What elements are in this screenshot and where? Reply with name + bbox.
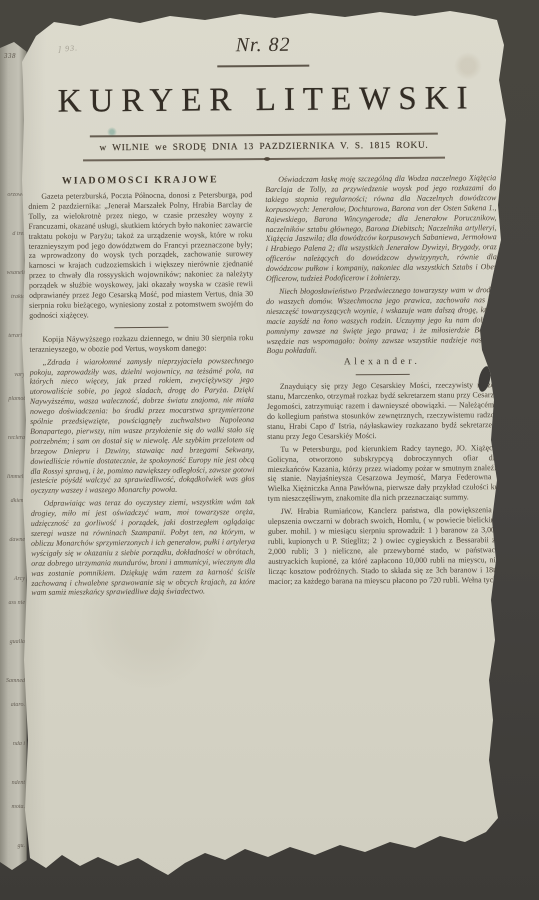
adjacent-page-fragment: wsaneli [1, 270, 25, 276]
paragraph: Tu w Petersburgu, pod kierunkiem Radcy t… [267, 443, 498, 504]
masthead-rule-bottom [83, 157, 445, 162]
section-divider-rule [114, 327, 168, 328]
adjacent-page-fragment: reclera [1, 435, 25, 441]
column-right: Oświadczam łaskę moję szczególną dla Wod… [265, 170, 501, 806]
adjacent-page-fragment: ndent [1, 780, 25, 786]
paragraph: Oświadczam łaskę moję szczególną dla Wod… [265, 173, 497, 284]
adjacent-page-fragment: gualla [1, 639, 25, 645]
scan-background: 338 orzowad treiwsanelitrakteterariavary… [0, 0, 539, 900]
adjacent-page-number: 338 [4, 52, 16, 60]
adjacent-page-fragment: d trei [1, 231, 25, 237]
adjacent-page-fragment: trakte [1, 294, 25, 300]
paragraph: Niech błogosławieństwo Przedwiecznego to… [266, 285, 498, 356]
adjacent-page-fragment: gu. [1, 843, 25, 849]
issue-rule [217, 65, 309, 68]
adjacent-page-fragment: ataro. [1, 702, 25, 708]
adjacent-page-fragment: mota. [1, 804, 25, 810]
column-right-body: Oświadczam łaskę moję szczególną dla Wod… [265, 173, 499, 586]
column-heading: WIADOMOSCI KRAJOWE [28, 174, 252, 187]
newspaper-title: KURYER LITEWSKI [27, 80, 499, 121]
dateline: w WILNIE we SRODĘ DNIA 13 PAZDZIERNIKA V… [28, 140, 500, 154]
adjacent-page-fragment: limmeli [1, 474, 25, 480]
paragraph: „Zdrada i wiarołomné zamysły nieprzyjaci… [30, 356, 255, 496]
adjacent-page-fragment: orzowa [1, 192, 25, 198]
text-columns: WIADOMOSCI KRAJOWE Gazeta peterzburská, … [28, 170, 505, 808]
adjacent-page-fragment: Samned [1, 678, 25, 684]
adjacent-page-fragment: plamot [1, 396, 25, 402]
issue-number: Nr. 82 [27, 32, 499, 59]
adjacent-page-fragment: nda i [1, 741, 25, 747]
paper-sheet: ] 93. Nr. 82 KURYER LITEWSKI w WILNIE we… [0, 0, 539, 900]
adjacent-page-fragment: dawne [1, 537, 25, 543]
adjacent-page-fragment: Arcy [1, 576, 25, 582]
section-divider-rule [355, 374, 409, 375]
paragraph: Kopija Náywyższego rozkazu dziennego, w … [29, 333, 253, 355]
paragraph: JW. Hrabia Rumiańcow, Kanclerz państwa, … [268, 505, 500, 586]
column-left: WIADOMOSCI KRAJOWE Gazeta peterzburská, … [28, 172, 257, 808]
adjacent-page-fragment: vary [1, 372, 25, 378]
adjacent-page-fragment: ass nie [1, 600, 25, 606]
column-left-body: Gazeta peterzburská, Poczta Północna, do… [28, 190, 255, 598]
adjacent-page-fragment: dkiem [1, 498, 25, 504]
masthead-rule-top [90, 133, 438, 138]
paragraph: Odprawiaiąc was teraz do oyczystey ziemi… [31, 497, 256, 598]
paragraph: Znayduiący się przy Jego Cesarskiey Mośc… [267, 380, 498, 441]
signature: Alexander. [267, 356, 498, 368]
paragraph: Gazeta peterzburská, Poczta Północna, do… [28, 190, 253, 321]
adjacent-page-fragment: teraria [1, 333, 25, 339]
page-content: Nr. 82 KURYER LITEWSKI w WILNIE we SRODĘ… [27, 14, 505, 808]
